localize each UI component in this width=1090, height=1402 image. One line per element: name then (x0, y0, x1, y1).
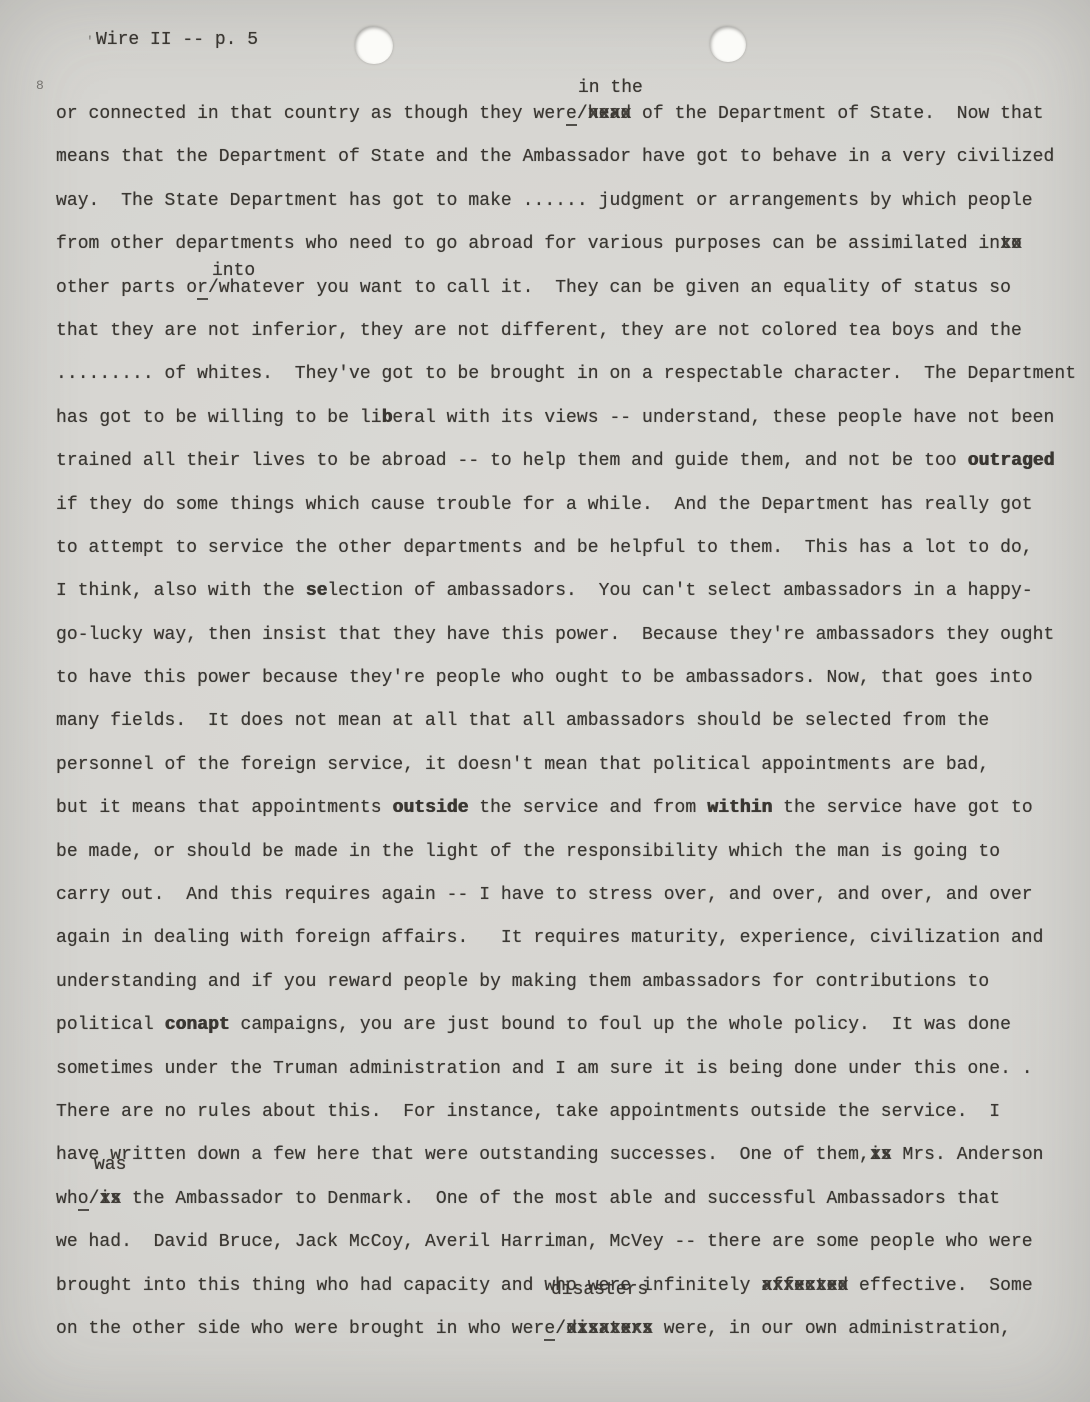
line-text: personnel of the foreign service, it doe… (56, 755, 989, 775)
line-text: but it means that appointments outside t… (56, 798, 1033, 818)
text-line-20: again in dealing with foreign affairs. I… (0, 914, 1090, 957)
document-page: Wire II -- p. 5 or connected in that cou… (0, 0, 1090, 1402)
line-text: that they are not inferior, they are not… (56, 321, 1022, 341)
text-line-9: trained all their lives to be abroad -- … (0, 437, 1090, 480)
text-line-26: who/isxx the Ambassador to Denmark. One … (0, 1175, 1090, 1218)
x-overtype: xxxxxxxx (761, 1276, 848, 1296)
line-text: other parts or/whatever you want to call… (56, 278, 1011, 298)
stray-mark: ' (86, 34, 94, 49)
text-line-5: other parts or/whatever you want to call… (0, 264, 1090, 307)
underscored-text: e (566, 104, 577, 126)
line-text: has got to be willing to be liberal with… (56, 408, 1054, 428)
struck-out-text: headxxxx (588, 104, 631, 124)
text-line-27: we had. David Bruce, Jack McCoy, Averil … (0, 1218, 1090, 1261)
line-text: who/isxx the Ambassador to Denmark. One … (56, 1189, 1000, 1209)
text-line-14: to have this power because they're peopl… (0, 654, 1090, 697)
text-line-2: means that the Department of State and t… (0, 133, 1090, 176)
x-overtype: xxxx (588, 104, 631, 124)
line-text: means that the Department of State and t… (56, 147, 1054, 167)
text-line-7: ......... of whites. They've got to be b… (0, 350, 1090, 393)
text-line-15: many fields. It does not mean at all tha… (0, 697, 1090, 740)
text-line-3: way. The State Department has got to mak… (0, 177, 1090, 220)
text-line-6: that they are not inferior, they are not… (0, 307, 1090, 350)
text-line-8: has got to be willing to be liberal with… (0, 394, 1090, 437)
typed-insertion: into (212, 261, 255, 281)
x-overtype: xx (99, 1189, 121, 1209)
text-line-18: be made, or should be made in the light … (0, 828, 1090, 871)
line-text: way. The State Department has got to mak… (56, 191, 1033, 211)
text-line-24: There are no rules about this. For insta… (0, 1088, 1090, 1131)
line-text: we had. David Bruce, Jack McCoy, Averil … (56, 1232, 1033, 1252)
text-line-23: sometimes under the Truman administratio… (0, 1045, 1090, 1088)
line-text: ......... of whites. They've got to be b… (56, 364, 1076, 384)
typed-insertion: in the (578, 78, 643, 98)
line-text: from other departments who need to go ab… (56, 234, 1022, 254)
line-text: understanding and if you reward people b… (56, 972, 989, 992)
line-text: brought into this thing who had capacity… (56, 1276, 1033, 1296)
underscored-text: o (78, 1189, 89, 1211)
underscored-text: e (544, 1319, 555, 1341)
punch-hole (710, 26, 746, 62)
line-text: or connected in that country as though t… (56, 104, 1044, 124)
text-line-19: carry out. And this requires again -- I … (0, 871, 1090, 914)
line-text: political conapt campaigns, you are just… (56, 1015, 1011, 1035)
struck-out-text: isxx (870, 1145, 892, 1165)
typed-insertion: was (94, 1155, 126, 1175)
struck-out-text: disatersxxxxxxxx (566, 1319, 653, 1339)
struck-out-text: toxx (1000, 234, 1022, 254)
struck-out-text: isxx (99, 1189, 121, 1209)
line-text: go-lucky way, then insist that they have… (56, 625, 1054, 645)
text-line-10: if they do some things which cause troub… (0, 481, 1090, 524)
text-line-16: personnel of the foreign service, it doe… (0, 741, 1090, 784)
x-overtype: xx (870, 1145, 892, 1165)
x-overtype: xx (1000, 234, 1022, 254)
overtyped-text: outraged (968, 451, 1055, 471)
overtyped-text: within (707, 798, 772, 818)
underscored-text: r (197, 278, 208, 300)
text-line-13: go-lucky way, then insist that they have… (0, 611, 1090, 654)
line-text: again in dealing with foreign affairs. I… (56, 928, 1044, 948)
line-text: carry out. And this requires again -- I … (56, 885, 1033, 905)
line-text: have written down a few here that were o… (56, 1145, 1044, 1165)
line-text: be made, or should be made in the light … (56, 842, 1000, 862)
line-text: to have this power because they're peopl… (56, 668, 1033, 688)
line-text: I think, also with the selection of amba… (56, 581, 1033, 601)
text-line-29: on the other side who were brought in wh… (0, 1305, 1090, 1348)
text-line-21: understanding and if you reward people b… (0, 958, 1090, 1001)
line-text: trained all their lives to be abroad -- … (56, 451, 1054, 471)
text-line-12: I think, also with the selection of amba… (0, 567, 1090, 610)
punch-hole (355, 26, 393, 64)
stray-mark: 8 (36, 78, 44, 93)
text-line-4: from other departments who need to go ab… (0, 220, 1090, 263)
struck-out-text: affectedxxxxxxxx (761, 1276, 848, 1296)
line-text: to attempt to service the other departme… (56, 538, 1033, 558)
overtyped-text: conapt (165, 1015, 230, 1035)
text-line-25: have written down a few here that were o… (0, 1131, 1090, 1174)
text-line-1: or connected in that country as though t… (0, 90, 1090, 133)
page-header: Wire II -- p. 5 (96, 30, 258, 50)
line-text: if they do some things which cause troub… (56, 495, 1033, 515)
document-body: or connected in that country as though t… (0, 90, 1090, 1348)
overtyped-text: se (306, 581, 328, 601)
line-text: on the other side who were brought in wh… (56, 1319, 1011, 1339)
text-line-22: political conapt campaigns, you are just… (0, 1001, 1090, 1044)
line-text: There are no rules about this. For insta… (56, 1102, 1000, 1122)
x-overtype: xxxxxxxx (566, 1319, 653, 1339)
overtyped-text: b (382, 408, 393, 428)
line-text: many fields. It does not mean at all tha… (56, 711, 989, 731)
text-line-28: brought into this thing who had capacity… (0, 1262, 1090, 1305)
typed-insertion: disasters (551, 1280, 648, 1300)
text-line-11: to attempt to service the other departme… (0, 524, 1090, 567)
line-text: sometimes under the Truman administratio… (56, 1059, 1033, 1079)
overtyped-text: outside (392, 798, 468, 818)
text-line-17: but it means that appointments outside t… (0, 784, 1090, 827)
